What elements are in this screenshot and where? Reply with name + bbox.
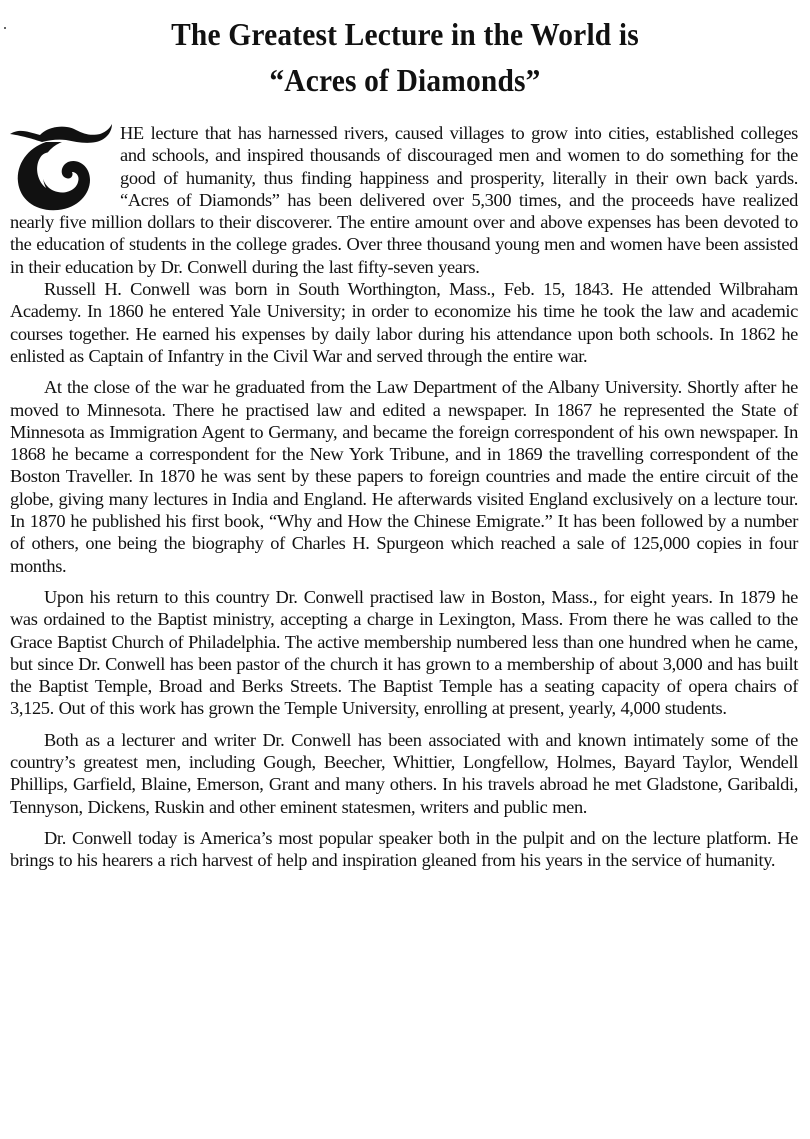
paragraph-intro: HE lecture that has harnessed rivers, ca… <box>10 122 798 278</box>
ornamental-dropcap-t-icon <box>6 120 114 208</box>
stray-speck <box>4 27 6 29</box>
paragraph-birth: Russell H. Conwell was born in South Wor… <box>10 278 798 367</box>
paragraph-associates: Both as a lecturer and writer Dr. Conwel… <box>10 729 798 818</box>
page-title-line-1: The Greatest Lecture in the World is <box>32 14 777 54</box>
article-body: HE lecture that has harnessed rivers, ca… <box>10 122 798 872</box>
page-title-line-2: “Acres of Diamonds” <box>32 60 777 100</box>
paragraph-today: Dr. Conwell today is America’s most popu… <box>10 827 798 872</box>
paragraph-career: At the close of the war he graduated fro… <box>10 376 798 577</box>
paragraph-ministry: Upon his return to this country Dr. Conw… <box>10 586 798 720</box>
